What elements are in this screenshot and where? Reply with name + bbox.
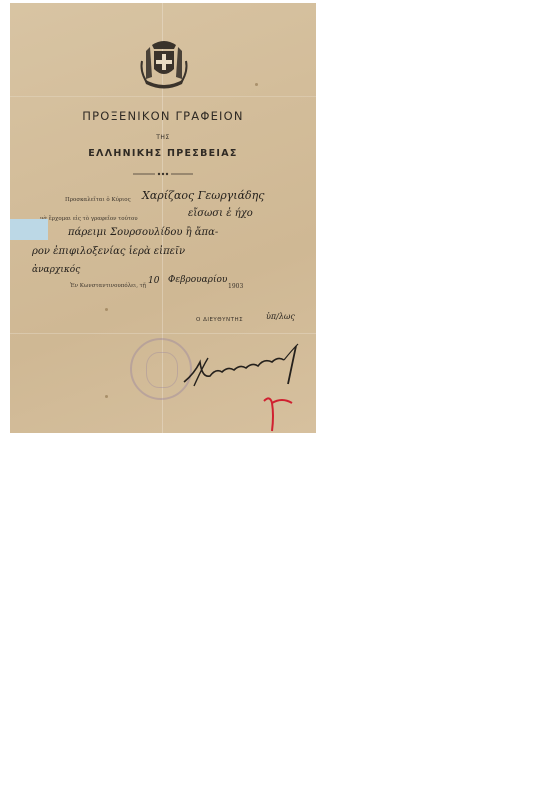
coat-of-arms-icon (138, 37, 190, 91)
fold-crease (10, 333, 316, 334)
signature (180, 338, 310, 388)
date-year: 1903 (228, 283, 243, 290)
paper-spot (105, 308, 108, 311)
handwritten-line: εἴσωσι ἐ ήχο (188, 208, 253, 219)
date-place: Ἐν Κωνσταντινουπόλει, τῇ (70, 283, 146, 289)
director-suffix: ὑπ/λως (266, 312, 295, 321)
date-month: Φεβρουαρίου (168, 275, 227, 285)
date-day: 10 (148, 276, 159, 286)
director-title: Ο ΔΙΕΥΘΥΝΤΗΣ (196, 317, 243, 323)
paper-spot (105, 395, 108, 398)
stamp-emblem-icon (146, 352, 178, 388)
handwritten-line: ἀναρχικός (32, 265, 80, 275)
letterhead-subtitle: ΤΗΣ (10, 134, 316, 141)
letterhead-title: ΠΡΟΞΕΝΙΚΟΝ ΓΡΑΦΕΙΟΝ (10, 109, 316, 123)
document-page: ΠΡΟΞΕΝΙΚΟΝ ΓΡΑΦΕΙΟΝ ΤΗΣ ΕΛΛΗΝΙΚΗΣ ΠΡΕΣΒΕ… (10, 3, 316, 433)
printed-invitation: Προσκαλεῖται ὁ Κύριος (65, 197, 131, 203)
handwritten-line: πάρειμι Σουρσουλίδου ἢ ἄπα- (68, 227, 218, 238)
blue-label-tab (10, 219, 48, 240)
paper-spot (255, 83, 258, 86)
divider-ornament (133, 172, 193, 176)
handwritten-name: Χαρίζαος Γεωργιάδης (142, 189, 264, 202)
handwritten-line: ρον ἐπιφιλοξενίας ἱερὰ εἰπεῖν (32, 246, 185, 257)
red-pencil-mark (260, 393, 300, 433)
letterhead-embassy: ΕΛΛΗΝΙΚΗΣ ΠΡΕΣΒΕΙΑΣ (10, 148, 316, 159)
printed-line: νὰ ἔρχομαι εἰς τὸ γραφεῖον τούτου (40, 216, 138, 222)
fold-crease (10, 96, 316, 97)
